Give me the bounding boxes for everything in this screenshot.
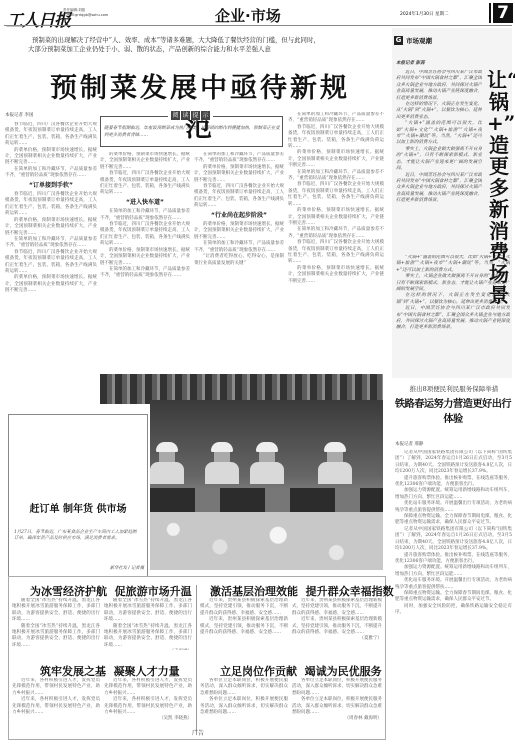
- sidebar-para: 事实上，火锅企业做大做强离不开自身的“火锅+”，只有不断探索新模式、新业态，才能…: [396, 274, 510, 293]
- lead-col4-para: 的菜单价格，预制菜市场快速增长。据统计，全国预制菜相关企业数量持续扩大，产业链不…: [288, 208, 384, 227]
- lead-col2-para: 的菜单价格，预制菜市场快速增长。据统计，全国预制菜相关企业数量持续扩大，产业链不…: [100, 152, 190, 171]
- lead-subhead: “行业尚在起步阶段”: [194, 213, 284, 219]
- tips-char: 提: [191, 111, 200, 120]
- photo-caption-box: [8, 414, 148, 577]
- story-2-headline: 激活基层治理效能 提升群众幸福指数: [210, 583, 394, 599]
- story-1-headline: 为冰雪经济护航 促旅游市场升温: [30, 583, 192, 599]
- tips-char: 阅: [171, 111, 180, 120]
- lead-col2-para: 春节临近，四川广汉各餐饮企业开始大规模备货，年夜饭预制菜订单量持续走高，工人们正…: [100, 222, 190, 248]
- lead-byline: 本报记者 李国: [5, 112, 33, 118]
- rail-para: 优化站车服务环境。开展温馨出行专项活动，为老幼病残孕等重点旅客提供帮扶……: [395, 501, 512, 514]
- story-3-text: 近年来，各村积极引进人才，发挥党员先锋模范作用，带领村民发展特色产业，助力乡村振…: [12, 697, 100, 716]
- rail-para: 提升旅客购票体验。推出候补购票、在线选座等服务，优化12306客户端功能，方便旅…: [395, 553, 512, 566]
- market-column-tag: G 市场观潮: [394, 36, 432, 45]
- lead-column-1: 春节临近，四川广汉各餐饮企业开始大规模备货，年夜饭预制菜订单量持续走高，工人们正…: [5, 122, 97, 372]
- story-1-column-2: 随着全国“冰雪热”持续升温，黑龙江各地积极开展冰雪旅游服务保障工作，多部门联动，…: [104, 598, 192, 650]
- story-2-headline-part1: 激活基层治理效能: [210, 585, 298, 598]
- story-3-column-2: 近年来，各村积极引进人才，发挥党员先锋模范作用，带领村民发展特色产业，助力乡村振…: [104, 678, 192, 736]
- lead-col3-para: 在简单的加工和冷藏环节，产品质量参差不齐，“重营销轻品质”现象依然存在……: [194, 241, 284, 254]
- story-4-text: 各单位立足本职岗位，积极开展便民服务活动，深入群众倾听诉求，切实解决群众急难愁盼…: [292, 678, 382, 697]
- lead-col1-para: 的菜单价格，预制菜市场快速增长。据统计，全国预制菜相关企业数量持续扩大，产业链不…: [5, 148, 97, 167]
- column-name: 市场观潮: [406, 36, 432, 45]
- lead-col1-para: 在简单的加工和冷藏环节，产品质量参差不齐，“重营销轻品质”现象依然存在……: [5, 237, 97, 250]
- reading-tips-label: 阅 读 提 示: [168, 111, 213, 120]
- story-4-text: 各单位立足本职岗位，积极开展便民服务活动，深入群众倾听诉求，切实解决群众急难愁盼…: [292, 697, 382, 716]
- lead-col1-para: 在简单的加工和冷藏环节，产品质量参差不齐，“重营销轻品质”现象依然存在……: [5, 167, 97, 180]
- lead-col1-para: 的菜单价格，预制菜市场快速增长。据统计，全国预制菜相关企业数量持续扩大，产业链不…: [5, 275, 97, 294]
- packing-crates: [150, 488, 383, 514]
- sidebar-para: 近日，中国烹饪协会与四川某广汉市政府共同发布“中国火锅食材之都”，汇聚全国众多火…: [396, 173, 482, 205]
- rail-story-deck: 推出8项便民利民服务保障举措: [395, 384, 513, 393]
- story-4-text: 各单位立足本职岗位，积极开展便民服务活动，深入群众倾听诉求，切实解决群众急难愁盼…: [200, 697, 288, 716]
- news-photo-workers: [150, 400, 383, 570]
- rail-para: 加强运力资源配置。统筹运用新增线路和动车组列车，增加热门方向、繁忙区段运能……: [395, 565, 512, 578]
- story-2-text: 近年来，贵州某县积极探索基层治理新模式，坚持党建引领，推动服务下沉，不断提升群众…: [292, 598, 382, 617]
- story-4-column-1: 各单位立足本职岗位，积极开展便民服务活动，深入群众倾听诉求，切实解决群众急难愁盼…: [200, 678, 288, 736]
- story-1-credit: （王雨涵）: [104, 649, 192, 650]
- lead-col4-para: 的菜单价格，预制菜市场快速增长。据统计，全国预制菜相关企业数量持续扩大，产业链不…: [288, 150, 384, 169]
- rail-para: 提升旅客购票体验。推出候补购票、在线选座等服务，优化12306客户端功能，方便旅…: [395, 476, 512, 489]
- bottom-column-divider: [196, 585, 197, 735]
- lead-col4-para: 的菜单价格，预制菜市场快速增长。据统计，全国预制菜相关企业数量持续扩大，产业链不…: [288, 266, 384, 285]
- photo-caption-headline: 赶订单 制年货 供市场: [10, 500, 146, 515]
- story-2-credit: （夏雅宁）: [292, 636, 382, 642]
- lead-col4-para: 春节临近，四川广汉各餐饮企业开始大规模备货，年夜饭预制菜订单量持续走高，工人们正…: [288, 125, 384, 151]
- story-4-headline-part1: 立足岗位作贡献: [220, 665, 297, 678]
- story-2-column-1: 近年来，贵州某县积极探索基层治理新模式，坚持党建引领，推动服务下沉，不断提升群众…: [200, 598, 288, 650]
- tips-char: 示: [201, 111, 210, 120]
- issue-date: 2024年1月30日 星期二: [400, 11, 448, 17]
- lead-column-2: 的菜单价格，预制菜市场快速增长。据统计，全国预制菜相关企业数量持续扩大，产业链不…: [100, 152, 190, 372]
- lead-col2-para: 春节临近，四川广汉各餐饮企业开始大规模备货，年夜饭预制菜订单量持续走高，工人们正…: [100, 171, 190, 197]
- story-2-column-2: 近年来，贵州某县积极探索基层治理新模式，坚持党建引领，推动服务下沉，不断提升群众…: [292, 598, 382, 650]
- rail-story-body: 记者从中国国家铁路集团有限公司（以下简称“国铁集团”）了解到，2024年春运自1…: [395, 450, 512, 742]
- masthead-editor-info: 责任编辑:刘振 E-mail:grrbjgb@sohu.com: [63, 8, 108, 17]
- lead-deck-line-1: 预制菜的出现解决了经营中“人、效率、成本”等诸多难题，大大降低了餐饮经营的门槛，…: [32, 36, 382, 45]
- story-3-headline-part2: 凝聚人才力量: [114, 665, 180, 678]
- worker-figure: [205, 442, 239, 484]
- sidebar-para: “火锅+”涵盖的范围可以很大，比如“火锅+文化”“火锅+旅游”“火锅+夜市”“火…: [396, 255, 510, 274]
- story-3-text: 近年来，各村积极引进人才，发挥党员先锋模范作用，带领村民发展特色产业，助力乡村振…: [12, 678, 100, 697]
- lead-col2-para: 在简单的加工和冷藏环节，产品质量参差不齐，“重营销轻品质”现象依然存在……: [100, 209, 190, 222]
- sidebar-para: “火锅+”涵盖的范围可以很大，比如“火锅+文化”“火锅+旅游”“火锅+夜市”“火…: [396, 121, 482, 147]
- lead-subhead: “进入快车道”: [100, 200, 190, 206]
- sidebar-column-narrow: 近日，中国烹饪协会与四川某广汉市政府共同发布“中国火锅食材之都”，汇聚全国众多火…: [396, 70, 482, 255]
- photo-credit: 新华社发 / 记者摄: [60, 565, 144, 571]
- lead-col4-para: 在简单的加工和冷藏环节，产品质量参差不齐，“重营销轻品质”现象依然存在……: [288, 227, 384, 240]
- story-3-text: 近年来，各村积极引进人才，发挥党员先锋模范作用，带领村民发展特色产业，助力乡村振…: [104, 678, 192, 697]
- product-bags: [150, 512, 383, 570]
- story-4-headline: 立足岗位作贡献 竭诚为民优服务: [220, 663, 382, 679]
- lead-deck-line-2: 大部分预制菜加工企业仍处于小、弱、散的状态，产品创新的综合能力和水平差强人意: [28, 45, 378, 54]
- sidebar-para: 近日，中国烹饪协会与四川某广汉市政府共同发布“中国火锅食材之都”，汇聚全国众多火…: [396, 70, 482, 102]
- sidebar-para: 近日，中国烹饪协会与四川某广汉市政府共同发布“中国火锅食材之都”，汇聚全国众多火…: [396, 306, 510, 332]
- lead-col3-para: 在简单的加工和冷藏环节，产品质量参差不齐，“重营销轻品质”现象依然存在……: [194, 152, 284, 165]
- column-logo-icon: G: [394, 36, 403, 45]
- story-2-text: 近年来，贵州某县积极探索基层治理新模式，坚持党建引领，推动服务下沉，不断提升群众…: [292, 617, 382, 636]
- story-3-credit: （吴凯 李晓燕）: [104, 716, 192, 722]
- story-4-text: 各单位立足本职岗位，积极开展便民服务活动，深入群众倾听诉求，切实解决群众急难愁盼…: [200, 678, 288, 697]
- story-1-headline-part2: 促旅游市场升温: [115, 585, 192, 598]
- reading-tips-text: 随着春节假期临近，年夜饭预制菜成为热门品类。从烦琐的制作到便捷加热，预制菜正在受…: [104, 126, 280, 139]
- story-2-text: 近年来，贵州某县积极探索基层治理新模式，坚持党建引领，推动服务下沉，不断提升群众…: [200, 598, 288, 617]
- rail-para: 记者从中国国家铁路集团有限公司（以下简称“国铁集团”）了解到，2024年春运自1…: [395, 527, 512, 553]
- sidebar-para: 在这样的情况下，火锅正在发生变化，从“火锅”到“火锅+”，以餐饮为核心，延伸出更…: [396, 293, 510, 306]
- lead-col1-para: 春节临近，四川广汉各餐饮企业开始大规模备货，年夜饭预制菜订单量持续走高，工人们正…: [5, 122, 97, 148]
- rail-story-byline: 本报记者 邢静: [395, 441, 423, 447]
- story-4-column-2: 各单位立足本职岗位，积极开展便民服务活动，深入群众倾听诉求，切实解决群众急难愁盼…: [292, 678, 382, 736]
- story-1-headline-part1: 为冰雪经济护航: [30, 585, 107, 598]
- tips-char: 读: [181, 111, 190, 120]
- story-4-credit: （周春林 戴海明）: [292, 716, 382, 722]
- story-2-headline-part2: 提升群众幸福指数: [306, 585, 394, 598]
- lead-col4-para: 春节临近，四川广汉各餐饮企业开始大规模备货，年夜饭预制菜订单量持续走高，工人们正…: [288, 182, 384, 208]
- sidebar-column-wide: “火锅+”涵盖的范围可以很大，比如“火锅+文化”“火锅+旅游”“火锅+夜市”“火…: [396, 255, 510, 373]
- lead-col2-para: 的菜单价格，预制菜市场快速增长。据统计，全国预制菜相关企业数量持续扩大，产业链不…: [100, 248, 190, 267]
- lead-col1-para: 的菜单价格，预制菜市场快速增长。据统计，全国预制菜相关企业数量持续扩大，产业链不…: [5, 218, 97, 237]
- sidebar-byline: 本报记者 彭茜: [396, 60, 425, 66]
- worker-figure: [250, 442, 284, 484]
- story-1-text: 随着全国“冰雪热”持续升温，黑龙江各地积极开展冰雪旅游服务保障工作，多部门联动，…: [12, 598, 100, 624]
- story-1-text: 随着全国“冰雪热”持续升温，黑龙江各地积极开展冰雪旅游服务保障工作，多部门联动，…: [12, 624, 100, 650]
- lead-col1-para: 春节临近，四川广汉各餐饮企业开始大规模备货，年夜饭预制菜订单量持续走高，工人们正…: [5, 250, 97, 276]
- story-1-column-1: 随着全国“冰雪热”持续升温，黑龙江各地积极开展冰雪旅游服务保障工作，多部门联动，…: [12, 598, 100, 650]
- sidebar-para: 在这样的情况下，火锅正在发生变化，从“火锅”到“火锅+”，以餐饮为核心，延伸出更…: [396, 102, 482, 121]
- rail-closing: 同时，加强安全风险防控，确保铁路运输安全稳定有序。: [395, 604, 512, 617]
- story-2-text: 近年来，贵州某县积极探索基层治理新模式，坚持党建引领，推动服务下沉，不断提升群众…: [200, 617, 288, 636]
- lead-col3-para: 的菜单价格，预制菜市场快速增长。据统计，全国预制菜相关企业数量持续扩大，产业链不…: [194, 222, 284, 241]
- page-number: 7: [493, 3, 513, 23]
- photo-caption-text: 1月27日，春节临近，广东某食品企业生产车间内工人加紧赶制订单，确保年货产品及时…: [14, 530, 140, 543]
- story-3-column-1: 近年来，各村积极引进人才，发挥党员先锋模范作用，带领村民发展特色产业，助力乡村振…: [12, 678, 100, 736]
- rail-para: 保障重点物资运输。全力保障春节期间电煤、粮食、化肥等重点物资运输需求，确保人民群…: [395, 591, 512, 604]
- sidebar-para: 事实上，火锅企业做大做强离不开自身的“火锅+”，只有不断探索新模式、新业态，才能…: [396, 147, 482, 173]
- lead-column-3: 在简单的加工和冷藏环节，产品质量参差不齐，“重营销轻品质”现象依然存在…… 的菜…: [194, 152, 284, 372]
- lead-subhead: “订单接到手软”: [5, 183, 97, 189]
- lead-col3-closing: “让消费者吃得放心、吃得安心，是预制菜行业高质量发展的关键”: [194, 254, 284, 267]
- rail-para: 记者从中国国家铁路集团有限公司（以下简称“国铁集团”）了解到，2024年春运自1…: [395, 450, 512, 476]
- story-3-headline-part1: 筑牢发展之基: [40, 665, 106, 678]
- story-3-headline: 筑牢发展之基 凝聚人才力量: [40, 663, 180, 679]
- rail-para: 加强运力资源配置。统筹运用新增线路和动车组列车，增加热门方向、繁忙区段运能……: [395, 488, 512, 501]
- rail-para: 保障重点物资运输。全力保障春节期间电煤、粮食、化肥等重点物资运输需求，确保人民群…: [395, 514, 512, 527]
- story-4-headline-part2: 竭诚为民优服务: [305, 665, 382, 678]
- rail-story-headline: 铁路春运努力营造更好出行体验: [392, 395, 514, 425]
- story-3-text: 近年来，各村积极引进人才，发挥党员先锋模范作用，带领村民发展特色产业，助力乡村振…: [104, 697, 192, 716]
- newspaper-logo: 工人日报: [6, 6, 70, 31]
- lead-col1-para: 春节临近，四川广汉各餐饮企业开始大规模备货，年夜饭预制菜订单量持续走高，工人们正…: [5, 192, 97, 218]
- editor-email: E-mail:grrbjgb@sohu.com: [63, 13, 108, 18]
- lead-col3-para: 的菜单价格，预制菜市场快速增长。据统计，全国预制菜相关企业数量持续扩大，产业链不…: [194, 165, 284, 184]
- lead-column-4: 在简单的加工和冷藏环节，产品质量参差不齐，“重营销轻品质”现象依然存在…… 春节…: [288, 112, 384, 372]
- lead-col4-para: 在简单的加工和冷藏环节，产品质量参差不齐，“重营销轻品质”现象依然存在……: [288, 112, 384, 125]
- lead-col4-para: 在简单的加工和冷藏环节，产品质量参差不齐，“重营销轻品质”现象依然存在……: [288, 170, 384, 183]
- story-1-text: 随着全国“冰雪热”持续升温，黑龙江各地积极开展冰雪旅游服务保障工作，多部门联动，…: [104, 598, 192, 624]
- section-title: 企业·市场: [215, 5, 281, 26]
- lead-col3-para: 春节临近，四川广汉各餐饮企业开始大规模备货，年夜饭预制菜订单量持续走高，工人们正…: [194, 184, 284, 210]
- rail-para: 优化站车服务环境。开展温馨出行专项活动，为老幼病残孕等重点旅客提供帮扶……: [395, 578, 512, 591]
- worker-figure: [318, 442, 352, 484]
- story-1-text: 随着全国“冰雪热”持续升温，黑龙江各地积极开展冰雪旅游服务保障工作，多部门联动，…: [104, 624, 192, 650]
- lead-col2-para: 在简单的加工和冷藏环节，产品质量参差不齐，“重营销轻品质”现象依然存在……: [100, 267, 190, 280]
- worker-figure: [150, 442, 184, 484]
- masthead-rule: [4, 25, 512, 26]
- lead-col4-para: 春节临近，四川广汉各餐饮企业开始大规模备货，年夜饭预制菜订单量持续走高，工人们正…: [288, 240, 384, 266]
